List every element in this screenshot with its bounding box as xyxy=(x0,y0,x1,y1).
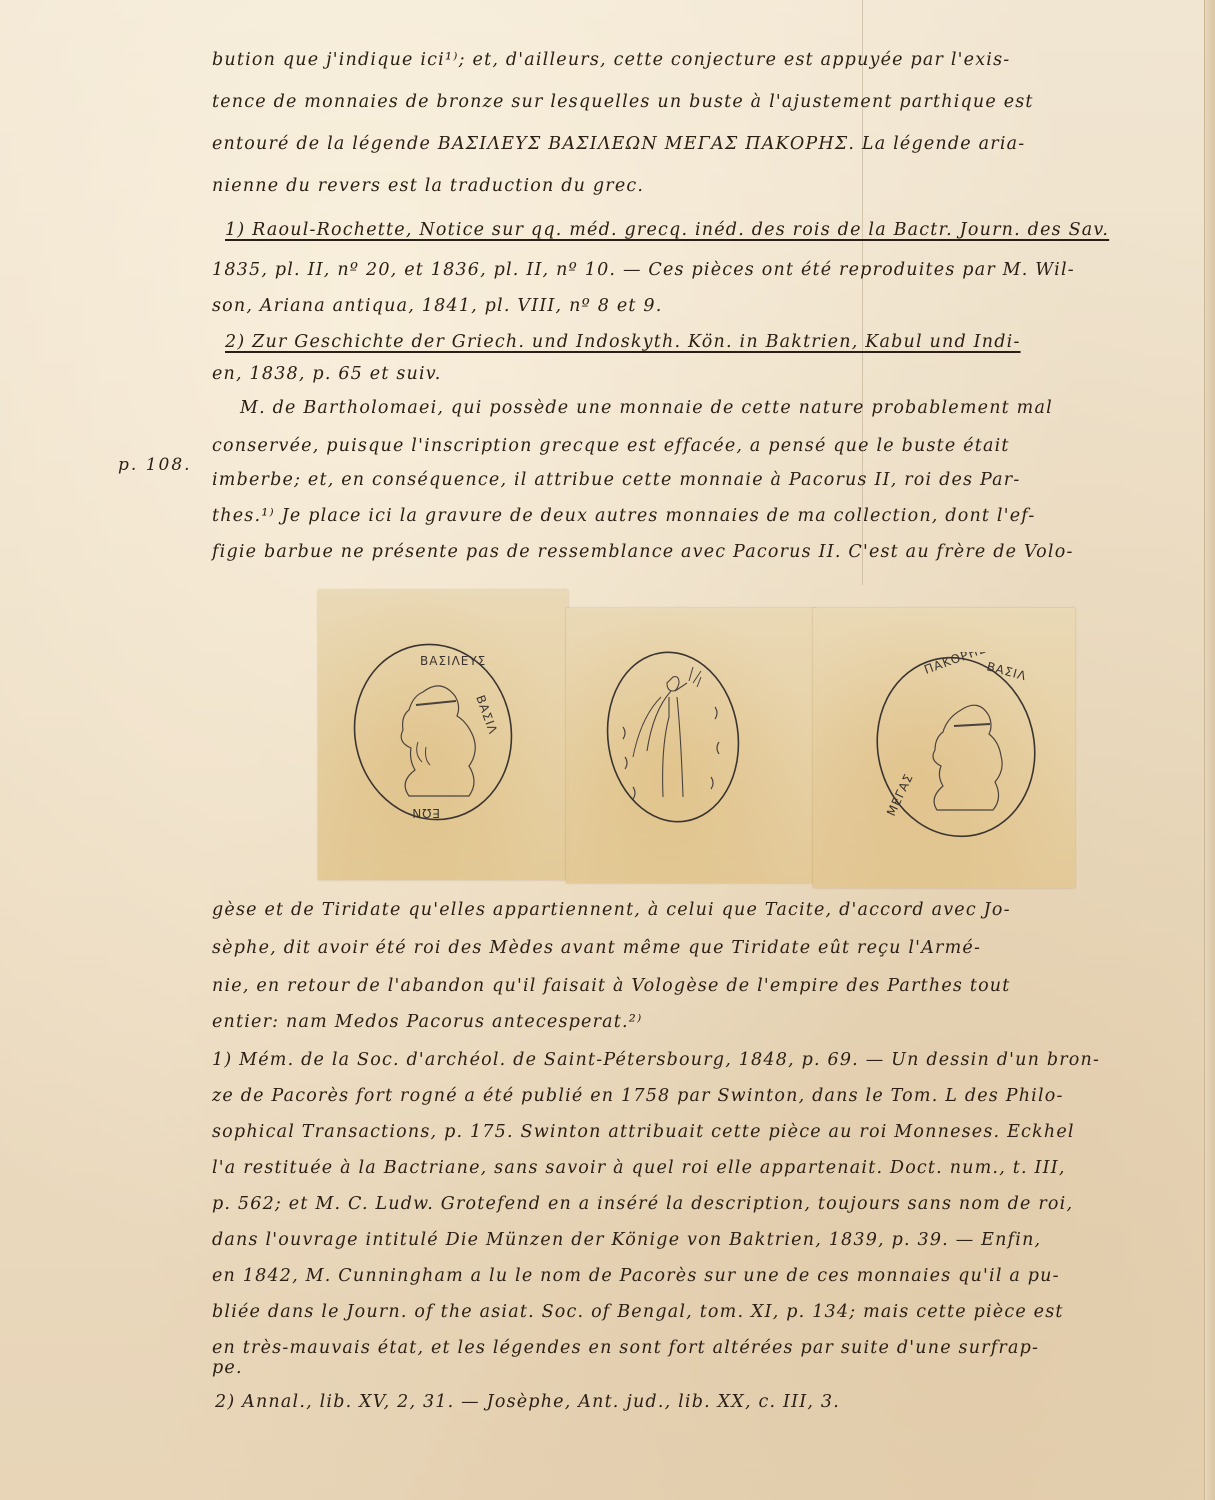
coin-drawings: ΒΑΣΙΛΕΥΣ ΒΑΣΙΛ ΕΩΝ ΠΑΚΟΡΗΣ ΒΑΣΙΛ xyxy=(318,582,1078,887)
footnote-line: en très-mauvais état, et les légendes en… xyxy=(212,1338,1039,1358)
footnote-line: en, 1838, p. 65 et suiv. xyxy=(212,364,442,384)
paper-fold-line xyxy=(862,0,863,585)
footnote-line: 1835, pl. II, nº 20, et 1836, pl. II, nº… xyxy=(212,260,1075,280)
svg-text:ΜΕΓΑΣ: ΜΕΓΑΣ xyxy=(884,771,916,818)
text-line: gèse et de Tiridate qu'elles appartienne… xyxy=(212,900,1011,920)
footnote-line: 2) Zur Geschichte der Griech. und Indosk… xyxy=(225,332,1021,352)
paper-edge xyxy=(1204,0,1215,1500)
coin-obverse-bust-icon: ΠΑΚΟΡΗΣ ΒΑΣΙΛ ΜΕΓΑΣ xyxy=(866,652,1046,842)
footnote-line: 2) Annal., lib. XV, 2, 31. — Josèphe, An… xyxy=(215,1392,840,1412)
svg-text:ΠΑΚΟΡΗΣ: ΠΑΚΟΡΗΣ xyxy=(922,652,988,677)
text-line: M. de Bartholomaei, qui possède une monn… xyxy=(240,398,1053,418)
coin-obverse-bust-icon: ΒΑΣΙΛΕΥΣ ΒΑΣΙΛ ΕΩΝ xyxy=(348,637,518,827)
svg-text:ΕΩΝ: ΕΩΝ xyxy=(411,806,440,820)
footnote-line: l'a restituée à la Bactriane, sans savoi… xyxy=(212,1158,1066,1178)
text-line: nienne du revers est la traduction du gr… xyxy=(212,176,644,196)
footnote-line: bliée dans le Journ. of the asiat. Soc. … xyxy=(212,1302,1064,1322)
text-line: entier: nam Medos Pacorus antecesperat.²… xyxy=(212,1012,643,1032)
text-line: tence de monnaies de bronze sur lesquell… xyxy=(212,92,1034,112)
footnote-line: en 1842, M. Cunningham a lu le nom de Pa… xyxy=(212,1266,1060,1286)
footnote-line: 1) Mém. de la Soc. d'archéol. de Saint-P… xyxy=(212,1050,1100,1070)
footnote-line: pe. xyxy=(212,1358,243,1378)
text-line: figie barbue ne présente pas de ressembl… xyxy=(212,542,1074,562)
text-line: imberbe; et, en conséquence, il attribue… xyxy=(212,470,1021,490)
svg-text:ΒΑΣΙΛ: ΒΑΣΙΛ xyxy=(473,693,500,736)
footnote-line: p. 562; et M. C. Ludw. Grotefend en a in… xyxy=(212,1194,1073,1214)
text-line: bution que j'indique ici¹⁾; et, d'ailleu… xyxy=(212,50,1010,70)
text-line: conservée, puisque l'inscription grecque… xyxy=(212,436,1010,456)
text-line: entouré de la légende ΒΑΣΙΛΕΥΣ ΒΑΣΙΛΕΩΝ … xyxy=(212,134,1025,154)
footnote-line: ze de Pacorès fort rogné a été publié en… xyxy=(212,1086,1064,1106)
coin-reverse-nike-icon xyxy=(603,647,743,827)
text-line: sèphe, dit avoir été roi des Mèdes avant… xyxy=(212,938,981,958)
footnote-line: sophical Transactions, p. 175. Swinton a… xyxy=(212,1122,1075,1142)
manuscript-page: bution que j'indique ici¹⁾; et, d'ailleu… xyxy=(0,0,1215,1500)
margin-page-reference: p. 108. xyxy=(118,455,192,475)
footnote-line: dans l'ouvrage intitulé Die Münzen der K… xyxy=(212,1230,1041,1250)
footnote-line: 1) Raoul-Rochette, Notice sur qq. méd. g… xyxy=(225,220,1109,240)
text-line: thes.¹⁾ Je place ici la gravure de deux … xyxy=(212,506,1035,526)
footnote-line: son, Ariana antiqua, 1841, pl. VIII, nº … xyxy=(212,296,662,316)
svg-text:ΒΑΣΙΛ: ΒΑΣΙΛ xyxy=(985,659,1028,683)
svg-text:ΒΑΣΙΛΕΥΣ: ΒΑΣΙΛΕΥΣ xyxy=(420,654,486,668)
text-line: nie, en retour de l'abandon qu'il faisai… xyxy=(212,976,1011,996)
